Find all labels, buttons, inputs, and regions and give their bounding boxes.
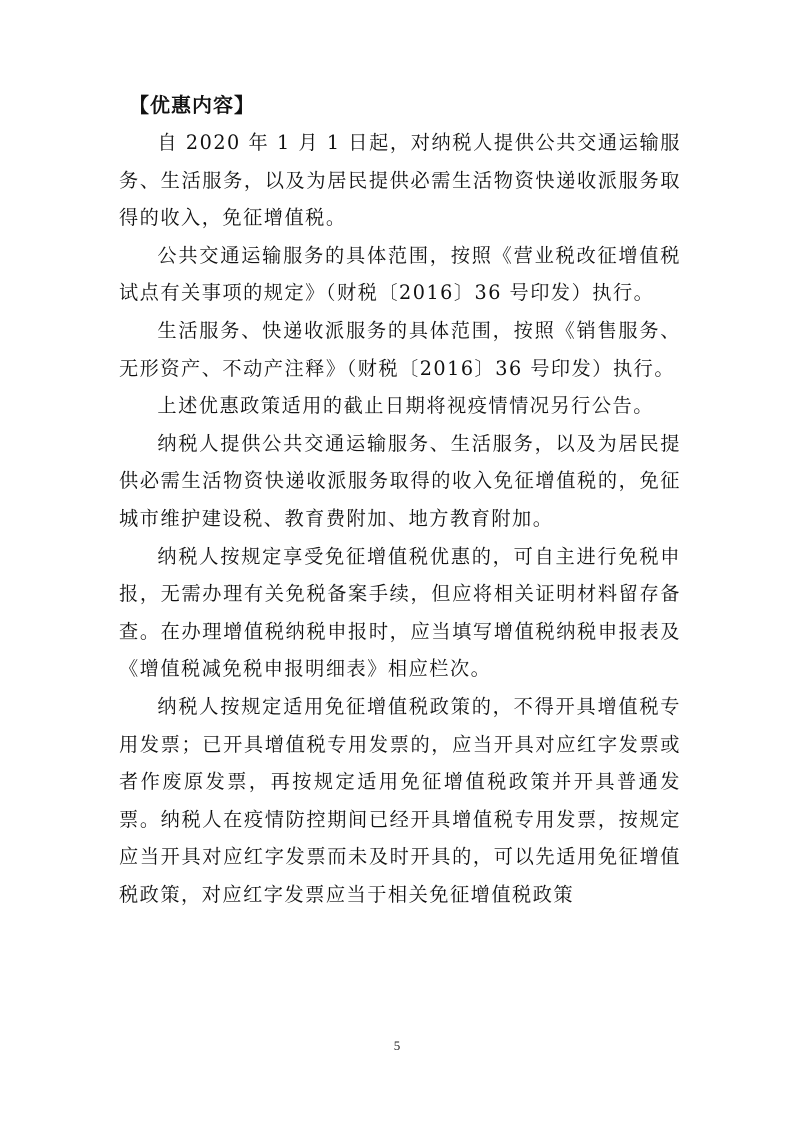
paragraph-surcharge-exemption: 纳税人提供公共交通运输服务、生活服务，以及为居民提供必需生活物资快递收派服务取得… (119, 425, 681, 538)
paragraph-public-transport-scope: 公共交通运输服务的具体范围，按照《营业税改征增值税试点有关事项的规定》（财税〔2… (119, 237, 681, 312)
section-heading: 【优惠内容】 (129, 86, 681, 124)
paragraph-living-services-scope: 生活服务、快递收派服务的具体范围，按照《销售服务、无形资产、不动产注释》（财税〔… (119, 312, 681, 387)
paragraph-filing: 纳税人按规定享受免征增值税优惠的，可自主进行免税申报，无需办理有关免税备案手续，… (119, 538, 681, 688)
paragraph-effective-date: 自 2020 年 1 月 1 日起，对纳税人提供公共交通运输服务、生活服务，以及… (119, 124, 681, 237)
page-number: 5 (0, 1038, 794, 1054)
paragraph-expiry: 上述优惠政策适用的截止日期将视疫情情况另行公告。 (119, 387, 681, 425)
document-body: 【优惠内容】 自 2020 年 1 月 1 日起，对纳税人提供公共交通运输服务、… (119, 86, 681, 913)
paragraph-invoices: 纳税人按规定适用免征增值税政策的，不得开具增值税专用发票；已开具增值税专用发票的… (119, 688, 681, 914)
